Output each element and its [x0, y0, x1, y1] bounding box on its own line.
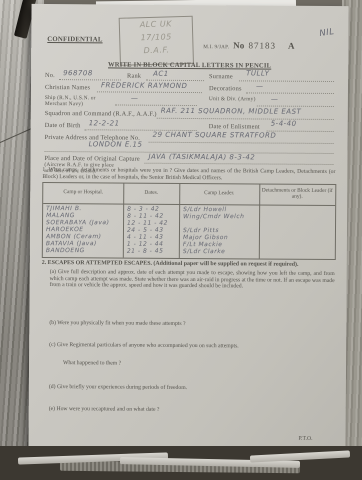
field-decorations-value: — — [256, 82, 264, 90]
camp-table-header-leader: Camp Leader. — [179, 190, 259, 197]
section-2d-text: (d) Give briefly your experiences during… — [49, 384, 329, 393]
no-label: No — [233, 40, 244, 50]
field-rank-value: AC1 — [153, 70, 169, 78]
field-unit-label: Unit & Div. (Army) — [209, 96, 264, 102]
section-2c-text: (c) Give Regimental particulars of anyon… — [49, 342, 329, 351]
field-ship-label: Ship (R.N., U.S.N. or Merchant Navy) — [45, 95, 115, 107]
row-dates: 21 - 8 - 45 — [127, 248, 164, 255]
field-squadron-value: RAF. 211 SQUADRON, MIDDLE EAST — [161, 107, 302, 116]
camp-table-header-block: Detachments or Block Leader (if any). — [259, 187, 335, 200]
table-row: BANDOENG 21 - 8 - 45 S/Ldr Clarke — [43, 247, 335, 256]
field-dob-value: 12-2-21 — [89, 119, 120, 127]
fanned-page — [250, 450, 350, 462]
field-address-value-line2: LONDON E.15 — [89, 140, 143, 148]
pto-footer: P.T.O. — [299, 436, 313, 443]
ref-suffix: A — [288, 41, 295, 51]
section-2b-text: (b) Were you physically fit when you mad… — [49, 320, 319, 328]
section-2a-text: (a) Give full description and approx. da… — [50, 269, 335, 291]
camp-table-header-dates: Dates. — [123, 190, 179, 196]
paper-stack-bottom — [0, 446, 362, 480]
questionnaire-page: CONFIDENTIAL ALC UK 17/105 D.A.F. M.I. 9… — [28, 4, 348, 454]
field-squadron-label: Squadron and Command (R.A.F., A.A.F.) — [45, 110, 157, 118]
field-capture-value: JAVA (TASIKMALAJA) 8-3-42 — [148, 153, 255, 162]
field-rank-label: Rank — [127, 73, 141, 80]
ref-label: M.I. 9/JAP. — [203, 44, 229, 50]
field-dob-label: Date of Birth — [45, 122, 81, 129]
section-2c2-text: What happened to them ? — [63, 360, 263, 368]
reference-number-line: M.I. 9/JAP. No 87183 A — [203, 35, 295, 54]
question-1-text: 1. What camps, detachments or hospitals … — [42, 167, 335, 182]
field-enlistment-value: 5-4-40 — [271, 120, 297, 128]
pencil-stamp-box: ALC UK 17/105 D.A.F. — [119, 16, 194, 66]
field-enlistment-label: Date of Enlistment — [209, 123, 260, 130]
field-ship-value: — — [131, 95, 139, 103]
section-2e-text: (e) How were you recaptured and on what … — [49, 406, 329, 415]
field-surname-value: TULLY — [246, 69, 269, 77]
camp-table-header-camp: Camp or Hospital. — [43, 189, 123, 196]
stamp-line-3: D.A.F. — [120, 43, 192, 58]
camp-table: Camp or Hospital. Dates. Camp Leader. De… — [42, 182, 337, 260]
field-address-value: 29 CHANT SQUARE STRATFORD — [153, 131, 277, 140]
row-camp: BANDOENG — [46, 247, 85, 254]
section-2-heading: 2. ESCAPES OR ATTEMPTED ESCAPES. (Additi… — [42, 260, 335, 269]
field-christian-names-label: Christian Names — [45, 84, 90, 91]
field-christian-names-value: FREDERICK RAYMOND — [101, 81, 187, 90]
field-surname-label: Surname — [209, 73, 233, 80]
ref-number: 87183 — [248, 40, 276, 50]
row-leader: S/Ldr Clarke — [183, 248, 226, 255]
handwritten-nil: NIL — [319, 27, 335, 39]
confidential-marking: CONFIDENTIAL — [47, 36, 102, 43]
field-no-value: 968708 — [63, 69, 93, 77]
field-decorations-label: Decorations — [209, 85, 242, 92]
field-unit-value: — — [271, 96, 279, 104]
photo-of-document: CONFIDENTIAL ALC UK 17/105 D.A.F. M.I. 9… — [0, 0, 362, 480]
field-no-label: No. — [45, 72, 55, 79]
